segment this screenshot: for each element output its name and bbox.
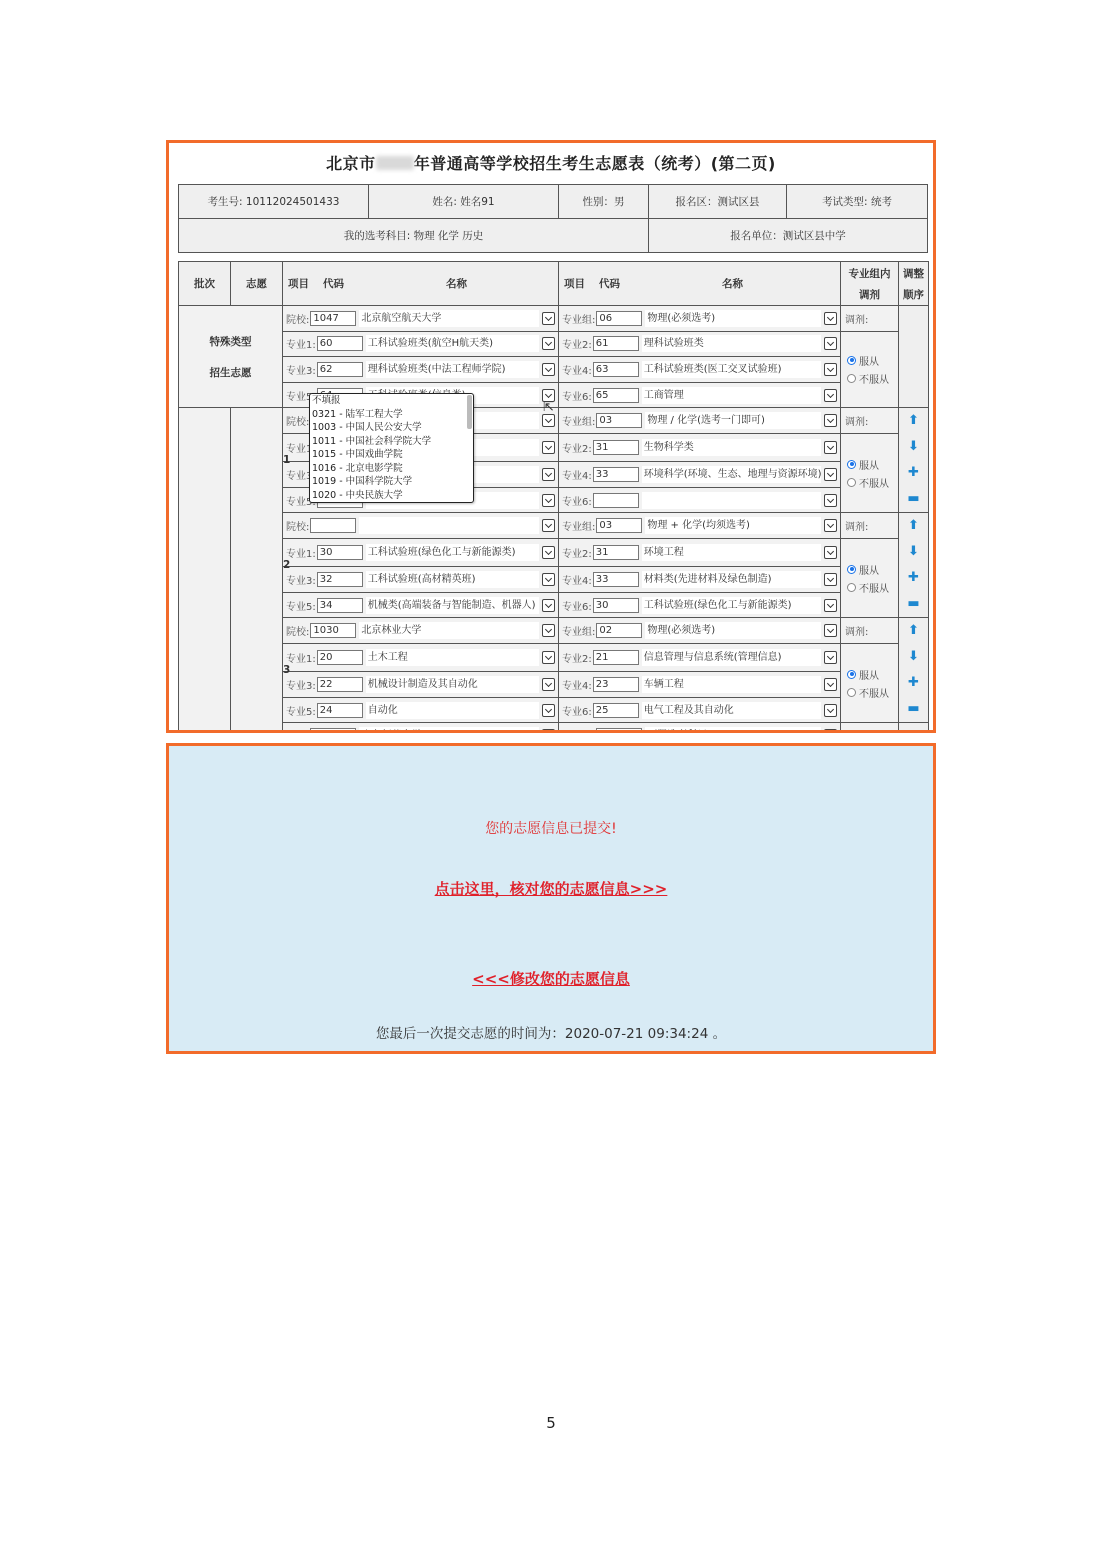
name-select[interactable]: 山东师范大学	[359, 727, 539, 733]
arrow-up-icon[interactable]: ⬆	[899, 408, 928, 434]
right-field-cell: 专业2: 21 信息管理与信息系统(管理信息)	[559, 643, 841, 671]
code-input[interactable]: 62	[317, 362, 363, 377]
header-adjust: 专业组内调剂	[841, 262, 899, 306]
left-field-cell: 院校: 1047 北京航空航天大学	[283, 306, 559, 332]
code-input[interactable]	[593, 493, 639, 508]
name-select[interactable]: 物理(必须选考)	[645, 622, 821, 639]
chevron-down-icon[interactable]	[824, 312, 837, 325]
field-label: 专业1:	[286, 650, 316, 665]
name-select[interactable]: 物理 / 化学(选考一门即可)	[645, 412, 821, 429]
name-select[interactable]: 信息管理与信息系统(管理信息)	[642, 649, 821, 666]
name-select[interactable]: 土木工程	[366, 649, 539, 666]
code-input[interactable]: 32	[317, 572, 363, 587]
header-right-group: 项目代码名称	[559, 262, 841, 306]
right-field-cell: 专业组: 06 物理(必须选考)	[559, 306, 841, 332]
wish-group-cell	[231, 408, 283, 733]
special-row: 专业3: 62 理科试验班类(中法工程师学院) 专业4: 63 工科试验班类(医…	[179, 357, 929, 383]
header-name: 名称	[722, 278, 743, 290]
dropdown-option[interactable]: 0321 - 陆军工程大学	[310, 408, 473, 422]
radio-button[interactable]	[847, 374, 856, 383]
right-field-cell: 专业组: 03 物理 / 化学(选考一门即可)	[559, 408, 841, 434]
code-input[interactable]: 23	[593, 677, 639, 692]
field-label: 专业3:	[286, 362, 316, 377]
dropdown-option[interactable]: 1019 - 中国科学院大学	[310, 475, 473, 489]
header-left-group: 项目代码名称	[283, 262, 559, 306]
code-input[interactable]: 01	[596, 728, 642, 733]
left-field-cell: 专业3: 62 理科试验班类(中法工程师学院)	[283, 357, 559, 383]
left-field-cell: 专业3: 32 工科试验班(高材精英班)	[283, 567, 559, 593]
name-select[interactable]: 工商管理	[642, 387, 821, 404]
radio-label: 服从	[859, 457, 879, 472]
header-item: 项目	[564, 278, 585, 290]
field-label: 院校:	[286, 413, 309, 428]
field-label: 专业6:	[562, 493, 592, 508]
chevron-down-icon[interactable]	[824, 678, 837, 691]
adjust-label: 调剂:	[841, 306, 899, 332]
radio-button[interactable]	[847, 688, 856, 697]
wish-row: 2 院校: 专业组: 03 物理 + 化学(均须选考) 调剂:⬆⬇✚▬	[179, 513, 929, 539]
field-label: 院校:	[286, 518, 309, 533]
name-select[interactable]: 机械设计制造及其自动化	[366, 676, 539, 693]
arrow-down-icon[interactable]: ⬇	[899, 644, 928, 670]
field-label: 专业5:	[286, 703, 316, 718]
chevron-down-icon[interactable]	[542, 494, 555, 507]
order-cell	[899, 306, 929, 408]
radio-obey[interactable]: 服从	[847, 353, 898, 368]
code-input[interactable]: 24	[317, 703, 363, 718]
wish-row: 专业5: 24 自动化 专业6: 25 电气工程及其自动化	[179, 697, 929, 723]
code-input[interactable]: 20	[317, 650, 363, 665]
last-submit-time: 您最后一次提交志愿的时间为：2020-07-21 09:34:24 。	[169, 1022, 933, 1042]
chevron-down-icon[interactable]	[824, 363, 837, 376]
field-label: 专业4:	[562, 467, 592, 482]
field-label: 专业2:	[562, 545, 592, 560]
wish-table: 批次 志愿 项目代码名称 项目代码名称 专业组内调剂 调整顺序 特殊类型招生志愿…	[178, 261, 929, 733]
chevron-down-icon[interactable]	[824, 441, 837, 454]
field-label: 专业2:	[562, 336, 592, 351]
adjust-label: 调剂:	[841, 723, 899, 733]
order-controls: ⬆⬇✚▬	[899, 513, 929, 618]
field-label: 专业4:	[562, 572, 592, 587]
code-input[interactable]: 02	[596, 623, 642, 638]
page-number: 5	[0, 1414, 1102, 1432]
wish-row: 院校: 3731 山东师范大学 专业组: 01 不限选考科目 调剂:⬆	[179, 723, 929, 733]
adjust-label: 调剂:	[841, 408, 899, 434]
title-prefix: 北京市	[326, 154, 376, 173]
code-input[interactable]: 31	[593, 545, 639, 560]
name-select[interactable]: 工科试验班类(医工交叉试验班)	[642, 361, 821, 378]
field-label: 专业6:	[562, 388, 592, 403]
field-label: 专业组:	[562, 311, 595, 326]
code-input[interactable]: 31	[593, 440, 639, 455]
arrow-down-icon[interactable]: ⬇	[899, 539, 928, 565]
chevron-down-icon[interactable]	[542, 624, 555, 637]
name-select[interactable]: 自动化	[366, 702, 539, 719]
chevron-down-icon[interactable]	[542, 337, 555, 350]
name-select[interactable]: 环境科学(环境、生态、地理与资源环境)	[642, 466, 821, 483]
adjust-radios: 服从 不服从	[841, 433, 899, 512]
field-label: 专业6:	[562, 598, 592, 613]
header-batch: 批次	[179, 262, 231, 306]
right-field-cell: 专业组: 02 物理(必须选考)	[559, 618, 841, 644]
chevron-down-icon[interactable]	[542, 414, 555, 427]
name-select[interactable]	[642, 492, 821, 509]
wish-row: 专业1: 20 土木工程 专业2: 21 信息管理与信息系统(管理信息) 服从 …	[179, 643, 929, 671]
radio-button[interactable]	[847, 460, 856, 469]
dropdown-option[interactable]: 1011 - 中国社会科学院大学	[310, 435, 473, 449]
left-field-cell: 专业1: 20 土木工程	[283, 643, 559, 671]
code-input[interactable]: 60	[317, 336, 363, 351]
chevron-down-icon[interactable]	[824, 546, 837, 559]
left-field-cell: 院校: 1030 北京林业大学	[283, 618, 559, 644]
field-label: 专业5:	[286, 598, 316, 613]
code-input[interactable]: 22	[317, 677, 363, 692]
student-info-table: 考生号: 10112024501433 姓名: 姓名91 性别：男 报名区：测试…	[178, 184, 928, 253]
registration-unit: 报名单位：测试区县中学	[649, 219, 928, 253]
dropdown-option[interactable]: 1015 - 中国戏曲学院	[310, 448, 473, 462]
field-label: 专业1:	[286, 545, 316, 560]
gender: 性别：男	[559, 185, 649, 219]
exam-type: 考试类型: 统考	[787, 185, 928, 219]
code-input[interactable]: 33	[593, 572, 639, 587]
chevron-down-icon[interactable]	[542, 704, 555, 717]
field-label: 院校:	[286, 623, 309, 638]
code-input[interactable]: 3731	[310, 728, 356, 733]
name-select[interactable]: 不限选考科目	[645, 727, 821, 733]
chevron-down-icon[interactable]	[542, 678, 555, 691]
arrow-up-icon[interactable]: ⬆	[899, 618, 928, 644]
chevron-down-icon[interactable]	[824, 337, 837, 350]
wish-row: 专业3: 专业4: 33 环境科学(环境、生态、地理与资源环境)	[179, 462, 929, 488]
minus-icon[interactable]: ▬	[899, 696, 928, 722]
radio-obey[interactable]: 服从	[847, 667, 898, 682]
right-field-cell: 专业6: 30 工科试验班(绿色化工与新能源类)	[559, 592, 841, 618]
field-label: 院校:	[286, 311, 309, 326]
header-item: 项目	[288, 278, 309, 290]
student-name: 姓名: 姓名91	[369, 185, 559, 219]
radio-label: 不服从	[859, 475, 889, 490]
adjust-label: 调剂:	[841, 513, 899, 539]
batch-cell	[179, 408, 231, 733]
radio-not-obey[interactable]: 不服从	[847, 475, 898, 490]
field-label: 专业3:	[286, 677, 316, 692]
field-label: 专业组:	[562, 413, 595, 428]
name-select[interactable]: 工科试验班(高材精英班)	[366, 571, 539, 588]
right-field-cell: 专业2: 61 理科试验班类	[559, 331, 841, 357]
chevron-down-icon[interactable]	[824, 704, 837, 717]
radio-label: 服从	[859, 667, 879, 682]
header-order-line2: 顺序	[899, 287, 928, 302]
radio-label: 不服从	[859, 580, 889, 595]
wish-row: 专业1: 30 工科试验班(绿色化工与新能源类) 专业2: 31 环境工程 服从…	[179, 538, 929, 566]
field-label: 专业2:	[562, 440, 592, 455]
dropdown-option[interactable]: 不填报	[310, 394, 473, 408]
left-field-cell: 专业5: 34 机械类(高端装备与智能制造、机器人)	[283, 592, 559, 618]
chevron-down-icon[interactable]	[542, 519, 555, 532]
right-field-cell: 专业组: 01 不限选考科目	[559, 723, 841, 733]
code-input[interactable]: 03	[596, 518, 642, 533]
chevron-down-icon[interactable]	[542, 363, 555, 376]
left-field-cell: 专业5: 24 自动化	[283, 697, 559, 723]
code-input[interactable]: 65	[593, 388, 639, 403]
radio-button[interactable]	[847, 670, 856, 679]
wish-row: 3 院校: 1030 北京林业大学 专业组: 02 物理(必须选考) 调剂:⬆⬇…	[179, 618, 929, 644]
plus-icon[interactable]: ✚	[899, 460, 928, 486]
wish-row: 专业3: 22 机械设计制造及其自动化 专业4: 23 车辆工程	[179, 672, 929, 698]
wish-row: 专业3: 32 工科试验班(高材精英班) 专业4: 33 材料类(先进材料及绿色…	[179, 567, 929, 593]
chevron-down-icon[interactable]	[824, 468, 837, 481]
school-dropdown-list[interactable]: 不填报0321 - 陆军工程大学1003 - 中国人民公安大学1011 - 中国…	[309, 393, 474, 503]
header-code: 代码	[323, 278, 344, 290]
field-label: 专业组:	[562, 728, 595, 733]
right-field-cell: 专业6:	[559, 487, 841, 513]
field-label: 专业3:	[286, 572, 316, 587]
order-controls: ⬆⬇✚▬	[899, 618, 929, 723]
code-input[interactable]: 06	[596, 311, 642, 326]
special-type-label: 特殊类型招生志愿	[179, 306, 283, 408]
radio-label: 服从	[859, 353, 879, 368]
field-label: 专业6:	[562, 703, 592, 718]
name-select[interactable]: 物理 + 化学(均须选考)	[645, 517, 821, 534]
radio-label: 不服从	[859, 685, 889, 700]
dropdown-option[interactable]: 1016 - 北京电影学院	[310, 462, 473, 476]
special-row: 专业1: 60 工科试验班类(航空H航天类) 专业2: 61 理科试验班类 服从…	[179, 331, 929, 357]
modify-wishes-link[interactable]: <<<修改您的志愿信息	[472, 970, 630, 988]
special-row: 特殊类型招生志愿 院校: 1047 北京航空航天大学 专业组: 06 物理(必须…	[179, 306, 929, 332]
adjust-radios: 服从 不服从	[841, 331, 899, 408]
radio-not-obey[interactable]: 不服从	[847, 580, 898, 595]
left-field-cell: 专业1: 60 工科试验班类(航空H航天类)	[283, 331, 559, 357]
chevron-down-icon[interactable]	[542, 546, 555, 559]
right-field-cell: 专业组: 03 物理 + 化学(均须选考)	[559, 513, 841, 539]
radio-obey[interactable]: 服从	[847, 457, 898, 472]
name-select[interactable]: 工科试验班类(航空H航天类)	[366, 335, 539, 352]
left-field-cell: 院校:	[283, 513, 559, 539]
chevron-down-icon[interactable]	[824, 599, 837, 612]
chevron-down-icon[interactable]	[824, 573, 837, 586]
name-select[interactable]: 理科试验班类	[642, 335, 821, 352]
name-select[interactable]: 工科试验班(绿色化工与新能源类)	[642, 597, 821, 614]
name-select[interactable]: 电气工程及其自动化	[642, 702, 821, 719]
code-input[interactable]	[310, 518, 356, 533]
radio-label: 不服从	[859, 371, 889, 386]
name-select[interactable]: 生物科学类	[642, 439, 821, 456]
name-select[interactable]: 理科试验班类(中法工程师学院)	[366, 361, 539, 378]
chevron-down-icon[interactable]	[542, 599, 555, 612]
chevron-down-icon[interactable]	[542, 729, 555, 733]
radio-button[interactable]	[847, 583, 856, 592]
header-adjust-line2: 调剂	[841, 287, 898, 302]
code-input[interactable]: 33	[593, 467, 639, 482]
chevron-down-icon[interactable]	[824, 729, 837, 733]
name-select[interactable]	[359, 517, 539, 534]
header-wish: 志愿	[231, 262, 283, 306]
radio-button[interactable]	[847, 565, 856, 574]
code-input[interactable]: 34	[317, 598, 363, 613]
chevron-down-icon[interactable]	[542, 312, 555, 325]
code-input[interactable]: 30	[317, 545, 363, 560]
adjust-radios: 服从 不服从	[841, 643, 899, 722]
submitted-message: 您的志愿信息已提交!	[169, 818, 933, 838]
dropdown-option[interactable]: 1021 - 北京大学	[310, 502, 465, 503]
right-field-cell: 专业4: 33 材料类(先进材料及绿色制造)	[559, 567, 841, 593]
radio-not-obey[interactable]: 不服从	[847, 685, 898, 700]
code-input[interactable]: 03	[596, 413, 642, 428]
field-label: 专业组:	[562, 518, 595, 533]
order-controls: ⬆⬇✚▬	[899, 408, 929, 513]
right-field-cell: 专业6: 25 电气工程及其自动化	[559, 697, 841, 723]
name-select[interactable]: 环境工程	[642, 544, 821, 561]
special-label-line2: 招生志愿	[179, 365, 282, 380]
dropdown-scrollbar[interactable]	[467, 395, 472, 429]
field-label: 专业2:	[562, 650, 592, 665]
redacted-year	[376, 156, 414, 170]
plus-icon[interactable]: ✚	[899, 565, 928, 591]
radio-button[interactable]	[847, 478, 856, 487]
adjust-radios: 服从 不服从	[841, 538, 899, 617]
arrow-up-icon[interactable]: ⬆	[899, 513, 928, 539]
field-label: 院校:	[286, 728, 309, 733]
exam-number: 考生号: 10112024501433	[179, 185, 369, 219]
radio-label: 服从	[859, 562, 879, 577]
left-field-cell: 专业3: 22 机械设计制造及其自动化	[283, 672, 559, 698]
name-select[interactable]: 材料类(先进材料及绿色制造)	[642, 571, 821, 588]
right-field-cell: 专业4: 33 环境科学(环境、生态、地理与资源环境)	[559, 462, 841, 488]
header-order-line1: 调整	[899, 266, 928, 281]
plus-icon[interactable]: ✚	[899, 670, 928, 696]
code-input[interactable]: 21	[593, 650, 639, 665]
wish-row: 专业5: 34 机械类(高端装备与智能制造、机器人) 专业6: 30 工科试验班…	[179, 592, 929, 618]
header-order: 调整顺序	[899, 262, 929, 306]
right-field-cell: 专业2: 31 环境工程	[559, 538, 841, 566]
chevron-down-icon[interactable]	[542, 651, 555, 664]
right-field-cell: 专业4: 23 车辆工程	[559, 672, 841, 698]
header-name: 名称	[446, 278, 467, 290]
radio-button[interactable]	[847, 356, 856, 365]
title-suffix: 年普通高等学校招生考生志愿表（统考）(第二页)	[414, 154, 776, 173]
special-label-line1: 特殊类型	[179, 334, 282, 349]
check-wishes-link[interactable]: 点击这里，核对您的志愿信息>>>	[435, 880, 668, 898]
code-input[interactable]: 61	[593, 336, 639, 351]
code-input[interactable]: 1030	[310, 623, 356, 638]
right-field-cell: 专业4: 63 工科试验班类(医工交叉试验班)	[559, 357, 841, 383]
wish-row: 专业5: 专业6:	[179, 487, 929, 513]
dropdown-option[interactable]: 1020 - 中央民族大学	[310, 489, 473, 503]
chevron-down-icon[interactable]	[824, 494, 837, 507]
mouse-cursor-icon: ⇱	[543, 400, 554, 415]
field-label: 专业1:	[286, 336, 316, 351]
radio-not-obey[interactable]: 不服从	[847, 371, 898, 386]
chevron-down-icon[interactable]	[542, 573, 555, 586]
name-select[interactable]: 机械类(高端装备与智能制造、机器人)	[366, 597, 539, 614]
code-input[interactable]: 63	[593, 362, 639, 377]
chevron-down-icon[interactable]	[824, 414, 837, 427]
adjust-label: 调剂:	[841, 618, 899, 644]
field-label: 专业组:	[562, 623, 595, 638]
minus-icon[interactable]: ▬	[899, 486, 928, 512]
field-label: 专业4:	[562, 677, 592, 692]
chevron-down-icon[interactable]	[824, 651, 837, 664]
left-field-cell: 专业1: 30 工科试验班(绿色化工与新能源类)	[283, 538, 559, 566]
right-field-cell: 专业2: 31 生物科学类	[559, 433, 841, 461]
radio-obey[interactable]: 服从	[847, 562, 898, 577]
submission-result-panel: 您的志愿信息已提交! 点击这里，核对您的志愿信息>>> <<<修改您的志愿信息 …	[166, 743, 936, 1054]
chevron-down-icon[interactable]	[824, 624, 837, 637]
code-input[interactable]: 25	[593, 703, 639, 718]
order-controls: ⬆	[899, 723, 929, 733]
name-select[interactable]: 工科试验班(绿色化工与新能源类)	[366, 544, 539, 561]
chevron-down-icon[interactable]	[542, 441, 555, 454]
district: 报名区：测试区县	[649, 185, 787, 219]
name-select[interactable]: 物理(必须选考)	[645, 310, 821, 327]
name-select[interactable]: 车辆工程	[642, 676, 821, 693]
chevron-down-icon[interactable]	[542, 468, 555, 481]
field-label: 专业4:	[562, 362, 592, 377]
name-select[interactable]: 北京林业大学	[359, 622, 539, 639]
minus-icon[interactable]: ▬	[899, 591, 928, 617]
left-field-cell: 院校: 3731 山东师范大学	[283, 723, 559, 733]
header-adjust-line1: 专业组内	[841, 266, 898, 281]
right-field-cell: 专业6: 65 工商管理	[559, 382, 841, 408]
elective-subjects: 我的选考科目: 物理 化学 历史	[179, 219, 649, 253]
chevron-down-icon[interactable]	[824, 519, 837, 532]
page-title: 北京市年普通高等学校招生考生志愿表（统考）(第二页)	[169, 151, 933, 174]
chevron-down-icon[interactable]	[824, 389, 837, 402]
application-form-panel: 北京市年普通高等学校招生考生志愿表（统考）(第二页) 考生号: 10112024…	[166, 140, 936, 733]
arrow-down-icon[interactable]: ⬇	[899, 434, 928, 460]
code-input[interactable]: 1047	[310, 311, 356, 326]
code-input[interactable]: 30	[593, 598, 639, 613]
dropdown-option[interactable]: 1003 - 中国人民公安大学	[310, 421, 473, 435]
wish-row: 专业1: 专业2: 31 生物科学类 服从 不服从	[179, 433, 929, 461]
header-code: 代码	[599, 278, 620, 290]
name-select[interactable]: 北京航空航天大学	[359, 310, 539, 327]
